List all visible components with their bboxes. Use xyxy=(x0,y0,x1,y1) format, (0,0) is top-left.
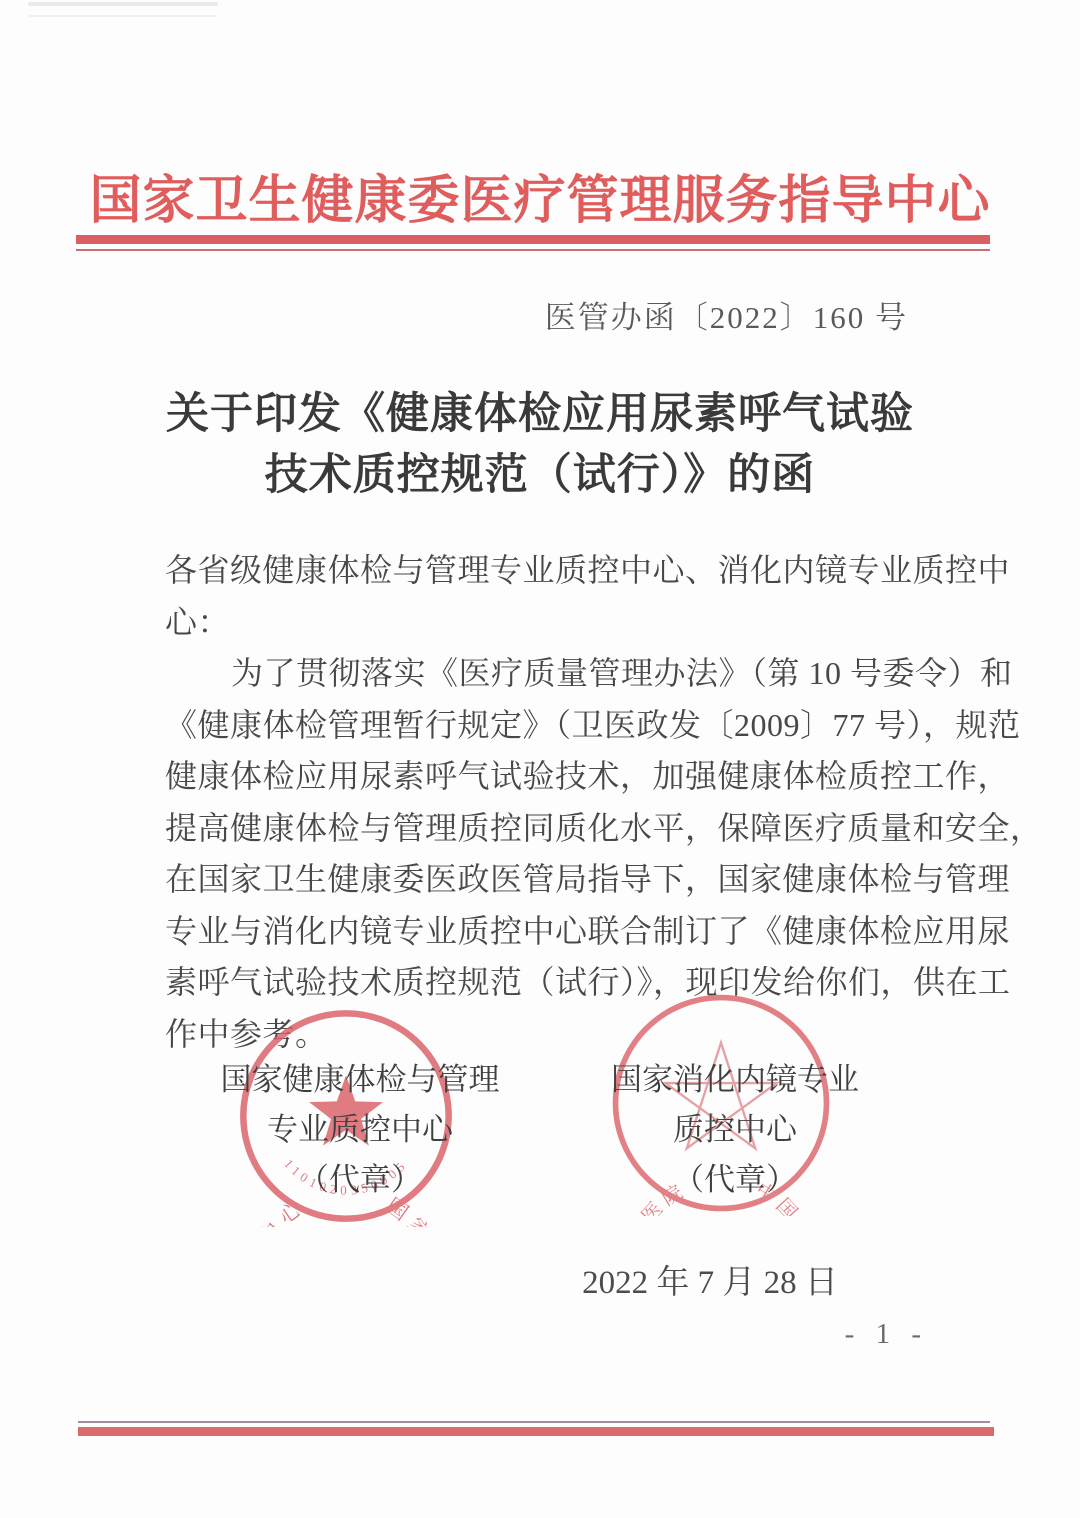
signature-proxy-note: （代章） xyxy=(200,1155,520,1205)
body-line: 各省级健康体检与管理专业质控中心、消化内镜专业质控中 xyxy=(165,545,945,597)
signature-org-line: 国家健康体检与管理 xyxy=(200,1055,520,1105)
signature-proxy-note: （代章） xyxy=(585,1155,885,1205)
document-title-line-2: 技术质控规范（试行）》的函 xyxy=(0,445,1080,506)
body-line: 在国家卫生健康委医政医管局指导下，国家健康体检与管理 xyxy=(165,854,945,906)
signature-org-line: 质控中心 xyxy=(585,1105,885,1155)
body-line: 专业与消化内镜专业质控中心联合制订了《健康体检应用尿 xyxy=(165,906,945,958)
issue-date: 2022 年 7 月 28 日 xyxy=(560,1256,860,1303)
letterhead-divider-thin xyxy=(76,249,990,251)
document-title-line-1: 关于印发《健康体检应用尿素呼气试验 xyxy=(0,384,1080,445)
letterhead-divider-thick xyxy=(76,235,990,244)
body-line: 健康体检应用尿素呼气试验技术，加强健康体检质控工作， xyxy=(165,751,945,803)
document-number: 医管办函〔2022〕160 号 xyxy=(545,292,908,337)
body-line: 心： xyxy=(165,597,945,649)
letter-body: 各省级健康体检与管理专业质控中心、消化内镜专业质控中 心： 为了贯彻落实《医疗质… xyxy=(165,545,945,1060)
signature-org-line: 专业质控中心 xyxy=(200,1105,520,1155)
body-line: 为了贯彻落实《医疗质量管理办法》（第 10 号委令）和 xyxy=(165,648,945,700)
scan-edge-artifact xyxy=(28,2,218,6)
footer-divider-thin xyxy=(78,1421,990,1423)
letterhead-org-title: 国家卫生健康委医疗管理服务指导中心 xyxy=(0,158,1080,233)
document-title: 关于印发《健康体检应用尿素呼气试验 技术质控规范（试行）》的函 xyxy=(0,384,1080,506)
scanned-letter-page: 国家卫生健康委医疗管理服务指导中心 医管办函〔2022〕160 号 关于印发《健… xyxy=(0,0,1080,1518)
body-line: 《健康体检管理暂行规定》（卫医政发〔2009〕77 号），规范 xyxy=(165,700,945,752)
signature-block-left: 国家健康体检与管理 专业质控中心 （代章） xyxy=(200,1055,520,1205)
footer-divider-thick xyxy=(78,1427,994,1436)
signature-org-line: 国家消化内镜专业 xyxy=(585,1055,885,1105)
page-number: - 1 - xyxy=(845,1318,928,1351)
signature-block-right: 国家消化内镜专业 质控中心 （代章） xyxy=(585,1055,885,1205)
body-line: 提高健康体检与管理质控同质化水平，保障医疗质量和安全， xyxy=(165,803,945,855)
